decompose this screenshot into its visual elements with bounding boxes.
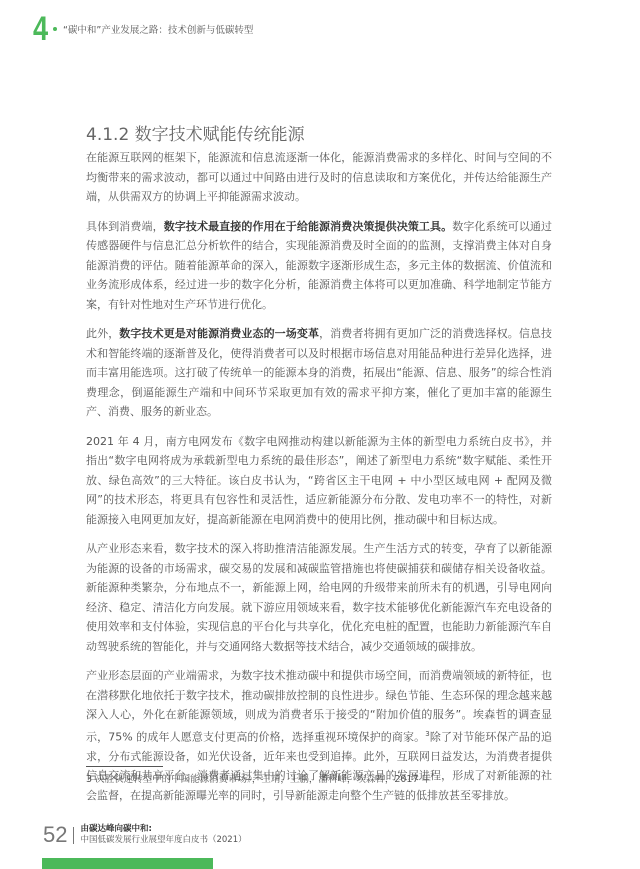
footnote: 3 决胜快速转型中的中国能源消费市场》，王靖，王鹏，潘科峰，埃森哲，2017 年 [86,771,431,785]
bold-text: 数字技术更是对能源消费业态的一场变革 [119,327,319,340]
paragraph-2: 具体到消费端，数字技术最直接的作用在于给能源消费决策提供决策工具。数字化系统可以… [86,217,552,315]
footnote-divider [86,766,163,767]
footer-title: 由碳达峰向碳中和: 中国低碳发展行业展望年度白皮书（2021） [80,824,246,846]
chapter-title: “碳中和”产业发展之路：技术创新与低碳转型 [63,22,253,36]
body-text: 在能源互联网的框架下，能源流和信息流逐渐一体化，能源消费需求的多样化、时间与空间… [86,148,552,815]
page-footer: 52 由碳达峰向碳中和: 中国低碳发展行业展望年度白皮书（2021） [43,822,247,848]
paragraph-3: 此外，数字技术更是对能源消费业态的一场变革，消费者将拥有更加广泛的消费选择权。信… [86,324,552,422]
text: 数字化系统可以通过传感器硬件与信息汇总分析软件的结合，实现能源消费及时全面的的监… [86,220,552,311]
paragraph-4: 2021 年 4 月，南方电网发布《数字电网推动构建以新能源为主体的新型电力系统… [86,432,552,530]
text: 2021 年 4 月，南方电网发布《数字电网推动构建以新能源为主体的新型电力系统… [86,435,552,526]
text: 此外， [86,327,119,340]
accent-bar [42,858,213,869]
bullet-dot-icon [53,27,57,31]
text: 从产业形态来看，数字技术的深入将助推清洁能源发展。生产生活方式的转变，孕育了以新… [86,542,552,653]
paragraph-5: 从产业形态来看，数字技术的深入将助推清洁能源发展。生产生活方式的转变，孕育了以新… [86,539,552,656]
text: ，消费者将拥有更加广泛的消费选择权。信息技术和智能终端的逐渐普及化，使得消费者可… [86,327,552,418]
paragraph-1: 在能源互联网的框架下，能源流和信息流逐渐一体化，能源消费需求的多样化、时间与空间… [86,148,552,207]
text: 具体到消费端， [86,220,164,233]
footer-title-line2: 中国低碳发展行业展望年度白皮书（2021） [80,835,246,846]
footer-title-line1: 由碳达峰向碳中和: [80,824,246,835]
chapter-number: 4 [33,14,46,44]
page-number: 52 [43,822,67,848]
bold-text: 数字技术最直接的作用在于给能源消费决策提供决策工具。 [164,220,453,233]
section-title: 4.1.2 数字技术赋能传统能源 [86,120,305,145]
chapter-header: 4 “碳中和”产业发展之路：技术创新与低碳转型 [33,14,253,44]
text: 在能源互联网的框架下，能源流和信息流逐渐一体化，能源消费需求的多样化、时间与空间… [86,151,552,203]
footer-divider [73,827,74,844]
